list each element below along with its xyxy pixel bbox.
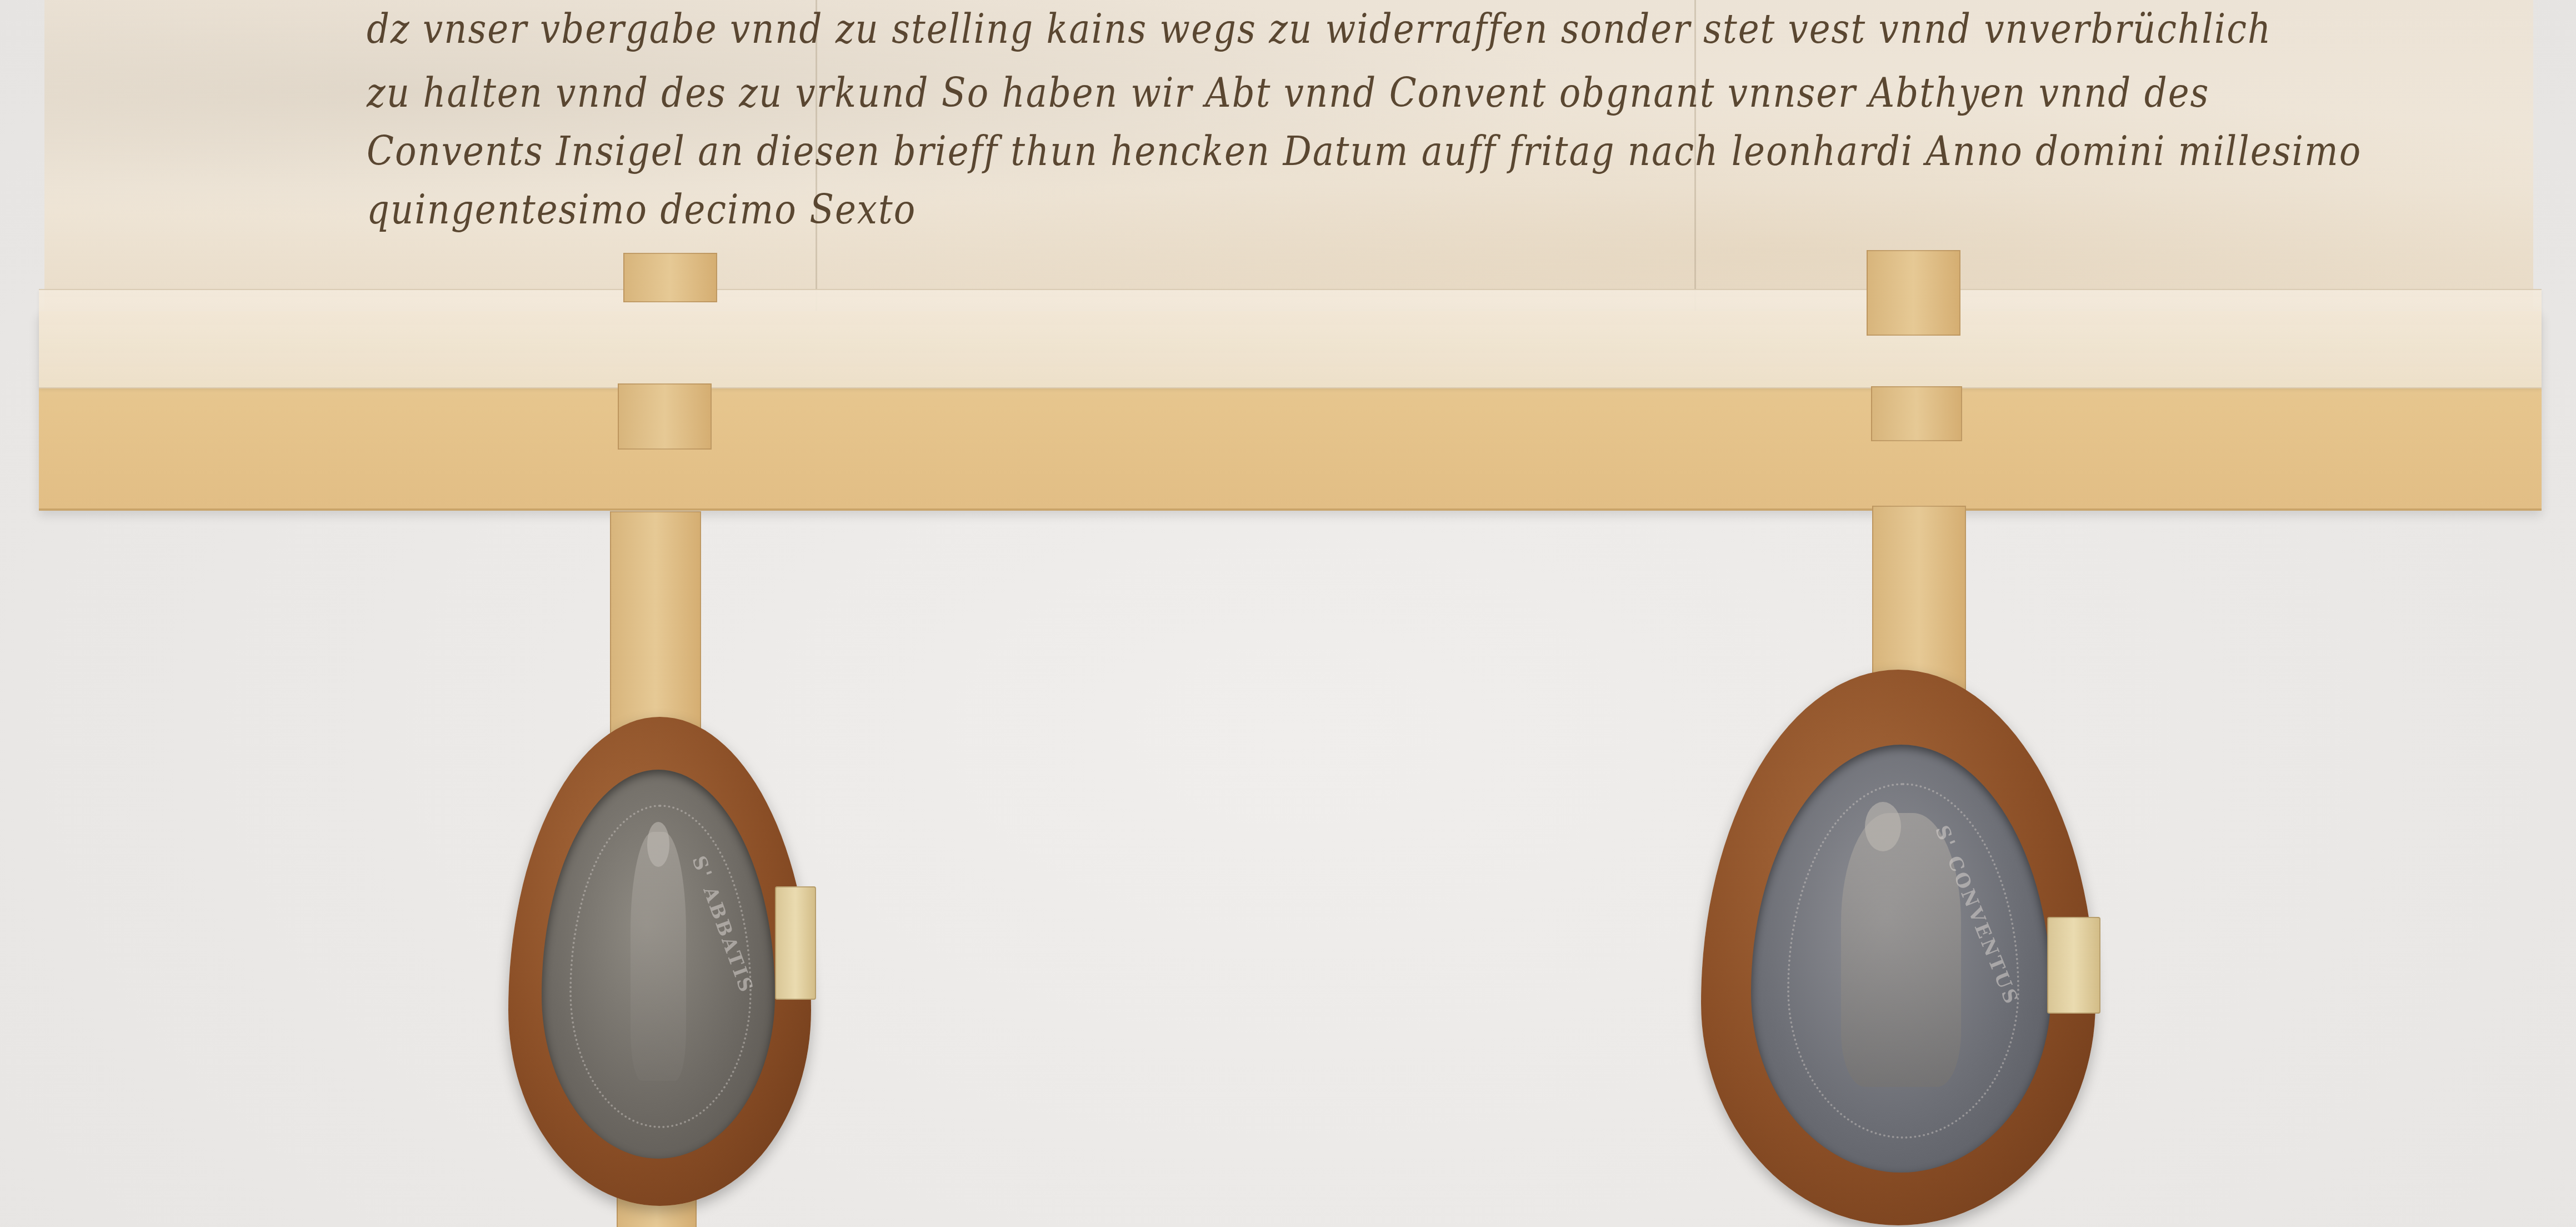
seal-left-clip [775,886,816,1000]
figure-head [647,822,669,867]
seal-right-face: S' CONVENTUS [1751,745,2051,1173]
text-line-3: Convents Insigel an diesen brieff thun h… [367,128,2362,175]
seal-left-face: S' ABBATIS [542,770,775,1159]
text-line-2: zu halten vnnd des zu vrkund So haben wi… [367,69,2209,117]
text-line-4: quingentesimo decimo Sexto [367,186,916,233]
seal-tag-right-upper [1867,250,1960,336]
seal-left-figure [631,832,687,1081]
seal-tag-right-hanging [1872,506,1966,691]
seal-tag-left-hanging [610,511,701,736]
text-line-1: dz vnser vbergabe vnnd zu stelling kains… [367,6,2272,53]
seal-tag-left-upper [623,253,717,302]
seal-right-clip [2047,917,2100,1014]
translucent-repair-strip [39,289,2542,388]
figure-head [1865,802,1901,851]
seal-tag-left-mid [618,383,712,450]
seal-tag-right-mid [1871,386,1962,441]
